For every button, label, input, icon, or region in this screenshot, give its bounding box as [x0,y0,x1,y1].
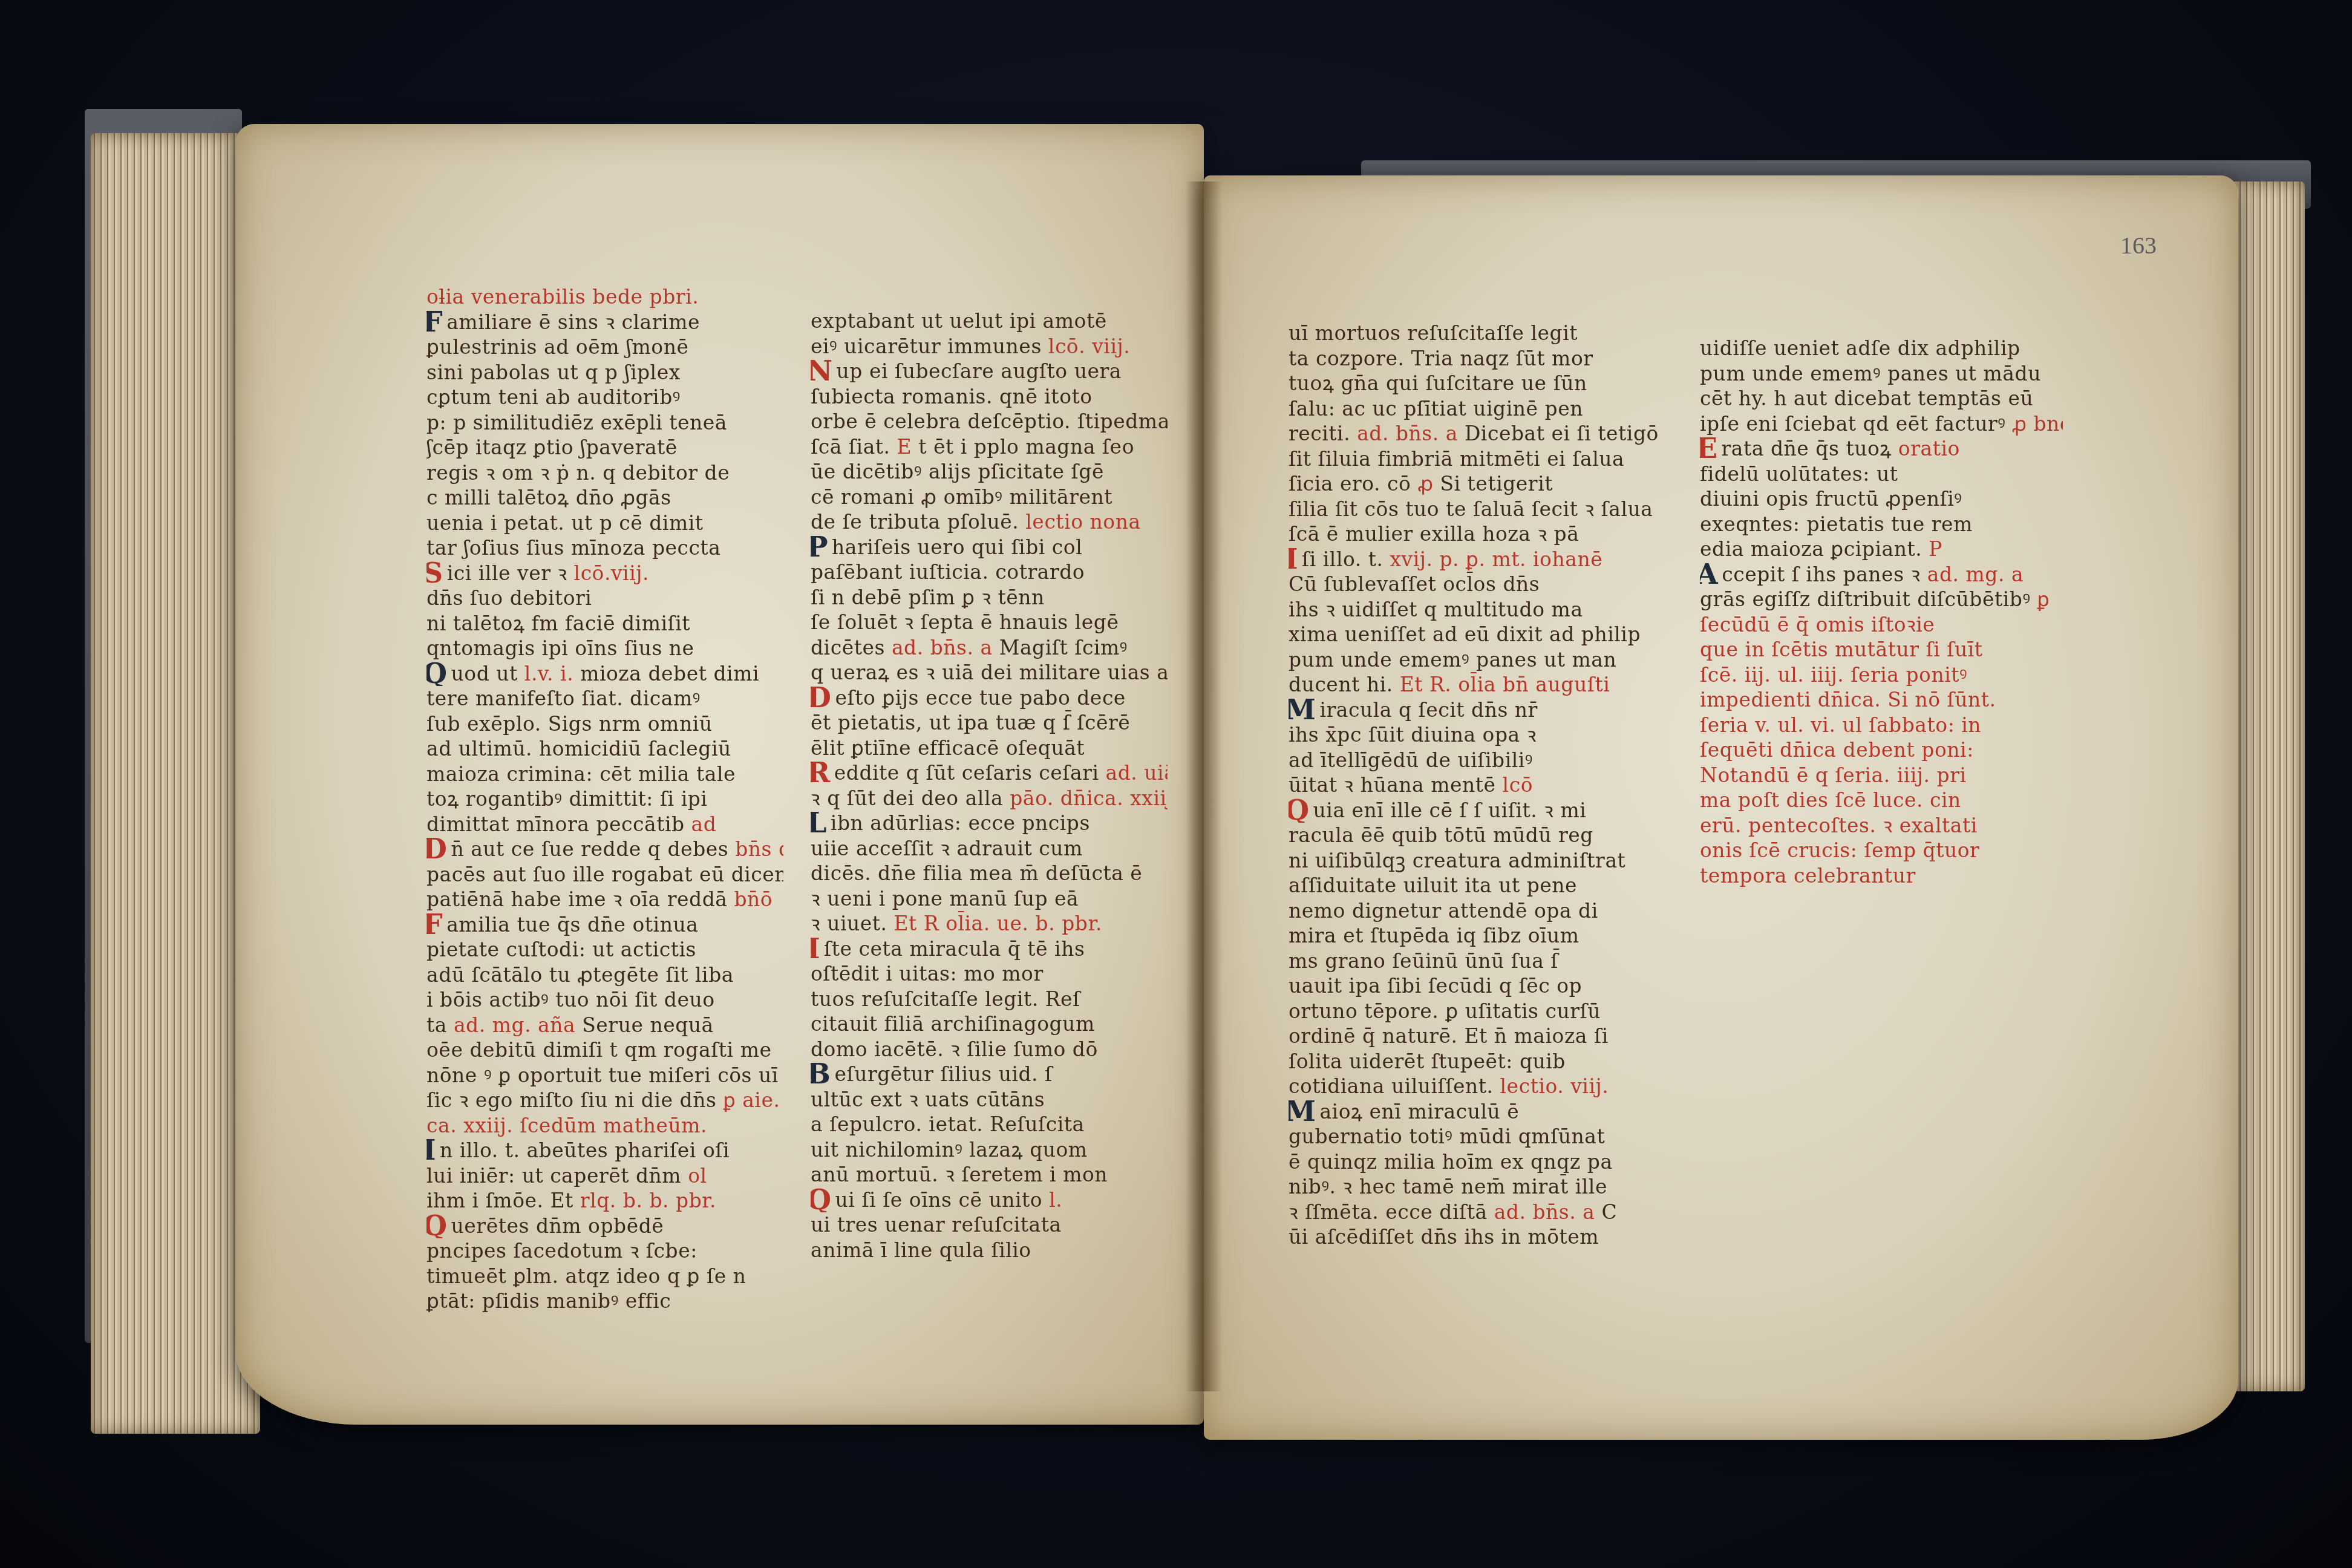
manuscript-line: tuoꝝ gn̄a qui ſuſcitare ue ſūn [1289,371,1664,396]
decorated-initial: M [1289,1099,1316,1124]
rubric-text: P [1929,537,1942,561]
body-text: nemo dignetur attendē opa di [1289,899,1598,923]
body-text: iracula q ſecit dn̄s nr̄ [1319,698,1537,722]
manuscript-line: ſecūdū ē q̄ omis iſtoꝛie [1700,612,2063,638]
body-text: tar ʃoſius ſius mīnoza peccta [426,536,721,560]
body-text: ducent hi. [1289,673,1400,696]
manuscript-line: uiie acceſſit ꝛ adrauit cum [811,836,1168,861]
manuscript-line: nōne ꝰ ꝑ oportuit tue miſeri cōs uī [426,1063,783,1088]
manuscript-line: dn̄s ſuo debitori [426,586,783,611]
manuscript-line: diuini opis fructū ꝓpenſiꝰ [1700,486,2063,512]
body-text: ccepit ſ ihs panes ꝛ [1722,563,1927,586]
manuscript-line: anū mortuū. ꝛ ſeretem i mon [811,1162,1168,1187]
rubric-text: l. [1049,1188,1062,1212]
rubric-text: ad [691,812,717,836]
body-text: ſi n debē pſim ꝑ ꝛ tēnn [811,586,1045,609]
body-text: pum unde ememꝰ panes ut man [1289,648,1616,671]
manuscript-line: tempora celebrantur [1700,863,2063,889]
manuscript-line: ſcā ē mulier exilla hoza ꝛ pā [1289,521,1664,547]
body-text: paſēbant iuſticia. cotrardo [811,560,1085,584]
rubric-text: ꝑ [2037,587,2050,611]
decorated-initial: Q [1289,798,1310,823]
manuscript-line: Phariſeis uero qui ſibi col [811,535,1168,560]
manuscript-line: ꝛ ueni i pone manū ſup eā [811,886,1168,912]
body-text: ta [426,1013,454,1037]
rubric-text: lcō [1503,773,1533,797]
decorated-initial: N [811,359,833,384]
rubric-text: l.v. i. [524,662,580,685]
manuscript-line: edia maioza ꝑcipiant. P [1700,537,2063,562]
manuscript-line: ūitat ꝛ hūana mentē lcō [1289,773,1664,798]
manuscript-line: In illo. t. abeūtes phariſei oſi [426,1138,783,1163]
text-column-left-a: oƚia venerabilis bede pbri.Familiare ē s… [426,284,783,1314]
body-text: ibn adūrlias: ecce pncips [831,811,1090,835]
body-text: eſto ꝑijs ecce tue pabo dece [835,686,1126,710]
body-text: D [1465,422,1481,445]
body-text: de ſe tributa pſoluē. [811,510,1025,534]
body-text: lui iniēr: ut caperēt dn̄m [426,1164,688,1187]
manuscript-line: Nup ei ſubecſare augſto uera [811,359,1168,384]
body-text: p: p similitudiēz exēpli teneā [426,411,727,434]
rubric-text: Et R ol̄ia. ue. b. pbr. [893,912,1102,935]
body-text: Serue nequā [582,1013,714,1037]
body-text: ūi aſcēdiſſet dn̄s ihs in mōtem [1289,1225,1599,1249]
body-text: dn̄s ſuo debitori [426,586,592,610]
rubric-text: Et R. ol̄ia bn̄ auguſti [1400,673,1610,696]
manuscript-line: ad ītellīgēdū de uiſibiliꝰ [1289,748,1664,773]
book-gutter [1186,181,1222,1391]
page-stack-left [91,133,260,1434]
body-text: rata dn̄e q̄s tuoꝝ [1722,437,1898,460]
manuscript-line: p: p similitudiēz exēpli teneā [426,410,783,436]
decorated-initial: A [1700,562,1718,587]
manuscript-line: Familiare ē sins ꝛ clarime [426,310,783,335]
decorated-initial: D [426,837,447,861]
rubric-text: pāo. dn̄ica. xxiij. p. p. [1010,786,1168,810]
rubric-text: lcō.viij. [574,561,649,585]
manuscript-line: c milli talētoꝝ dn̄o ꝓgās [426,485,783,511]
body-text: n̄ aut ce ſue redde q debes [451,837,735,861]
manuscript-line: dimittat mīnora peccātib ad [426,812,783,837]
rubric-text: ſecūdū ē q̄ omis iſtoꝛie [1700,613,1935,636]
body-text: pietate cuſtodi: ut actictis [426,938,696,961]
manuscript-line: Miracula q ſecit dn̄s nr̄ [1289,697,1664,723]
manuscript-line: ms grano ſeūinū ūnū ſua ſ̄ [1289,949,1664,974]
manuscript-line: tuos reſuſcitaſſe legit. Reſ [811,987,1168,1012]
manuscript-line: ſcē. iij. ul. iiij. ſeria ponitꝰ [1700,662,2063,688]
manuscript-line: ultūc ext ꝛ uats cūtāns [811,1087,1168,1112]
body-text: eddite q ſūt ceſaris ceſari [834,761,1106,785]
body-text: timueēt ꝑlm. atqz ideo q ꝑ ſe n [426,1264,746,1288]
manuscript-line: timueēt ꝑlm. atqz ideo q ꝑ ſe n [426,1264,783,1289]
manuscript-line: ſubiecta romanis. qnē itoto [811,384,1168,410]
rubric-text: erū. pentecoſtes. ꝛ exaltati [1700,814,1978,837]
body-text: uerētes dn̄m opbēdē [451,1214,664,1238]
manuscript-line: ꝑulestrinis ad oēm ʃmonē [426,335,783,360]
decorated-initial: E [1700,436,1718,461]
manuscript-line: pum unde ememꝰ panes ut mādu [1700,361,2063,387]
manuscript-line: cotidiana uiluiſſent. lectio. viij. [1289,1074,1664,1099]
body-text: exptabant ut uelut ipi amotē [811,309,1107,333]
rubric-text: ſequēti dn̄ica debent poni: [1700,738,1974,762]
body-text: oēe debitū dimiſi t qm rogaſti me [426,1038,771,1062]
rubric-text: que in ſcētis mutātur ſi ſuīt [1700,638,1982,661]
body-text: anū mortuū. ꝛ ſeretem i mon [811,1163,1108,1186]
body-text: edia maioza ꝑcipiant. [1700,537,1929,561]
body-text: ms grano ſeūinū ūnū ſua ſ̄ [1289,949,1558,973]
manuscript-line: Dn̄ aut ce ſue redde q debes bn̄s d. [426,837,783,862]
manuscript-line: Familia tue q̄s dn̄e otinua [426,912,783,938]
body-text: i tetigerit [1454,472,1553,495]
rubric-text: ꝓ bne [2012,412,2063,436]
body-text: ad ultimū. homicidiū ſaclegiū [426,737,731,760]
manuscript-line: ſalu: ac uc pſītiat uiginē pen [1289,396,1664,422]
manuscript-line: Maioꝝ enī miraculū ē [1289,1099,1664,1125]
rubric-text: rlq. b. b. pbr. [580,1189,716,1212]
folio-number: 163 [2120,231,2157,260]
body-text: reciti. [1289,422,1357,445]
body-text: i bōis actibꝰ tuo nōi ſit deuo [426,988,715,1011]
manuscript-line: ni uiſibūlqꝫ creatura adminiſtrat [1289,848,1664,874]
body-text: ūitat ꝛ hūana mentē [1289,773,1503,797]
manuscript-line: ꝛ ſſmēta. ecce diſtā ad. bn̄s. a C [1289,1200,1664,1225]
manuscript-line: Erata dn̄e q̄s tuoꝝ oratio [1700,436,2063,462]
body-text: t ēt i pplo magna ſeo [918,435,1134,459]
manuscript-line: cēt hy. h aut dicebat temptās eū [1700,386,2063,411]
manuscript-line: animā ī line qula ſilio [811,1238,1168,1263]
body-text: ēt pietatis, ut ipa tuæ q ſ̄ ſcērē [811,711,1130,734]
body-text: ſilia ſit cōs tuo te ſaluā ſecit ꝛ ſalua [1289,497,1653,521]
manuscript-line: ordinē q̄ naturē. Et n̄ maioza ſi [1289,1024,1664,1049]
body-text: ihs ꝛ uidiſſet q multitudo ma [1289,598,1583,621]
manuscript-line: ſolita uiderēt ſtupeēt: quib [1289,1049,1664,1074]
rubric-text: lcō. viij. [1048,335,1130,358]
rubric-text: ad. bn̄s. a [1494,1200,1602,1224]
manuscript-line: grās egiſſz diſtribuit diſcūbētibꝰ ꝑ [1700,587,2063,612]
body-text: uidiſſe ueniet adſe dix adphilip [1700,336,2020,360]
manuscript-line: Quia enī ille cē ſ ſ uiſit. ꝛ mi [1289,798,1664,823]
body-text: patiēnā habe ime ꝛ oīa reddā [426,887,734,911]
manuscript-line: ca. xxiij. ſcedūm matheūm. [426,1113,783,1138]
body-text: pncipes ſacedotum ꝛ ſcbe: [426,1239,697,1263]
body-text: racula ēē quib tōtū mūdū reg [1289,823,1593,847]
body-text: Cū ſublevaſſet ocl̄os dn̄s [1289,572,1540,596]
decorated-initial: B [811,1062,831,1086]
body-text: dicētes [811,636,892,659]
manuscript-line: que in ſcētis mutātur ſi ſuīt [1700,637,2063,662]
manuscript-line: gubernatio totiꝰ mūdi qmſūnat [1289,1124,1664,1149]
decorated-initial: M [1289,697,1316,722]
manuscript-line: ihs ꝛ uidiſſet q multitudo ma [1289,597,1664,622]
body-text: dimittat mīnora peccātib [426,812,691,836]
body-text: dicēs. dn̄e filia mea m̄ deſūcta ē [811,861,1142,885]
decorated-initial: F [426,310,443,335]
body-text: ꝛ q ſūt dei deo alla [811,786,1010,810]
body-text: icebat ei ſi tetigō [1481,422,1659,445]
decorated-initial: P [811,535,828,560]
body-text: uod ut [451,662,524,685]
body-text: amiliare ē sins ꝛ clarime [446,310,700,334]
body-text: ſte ceta miracula q̄ tē ihs [824,937,1085,961]
decorated-initial: Q [811,1187,832,1212]
body-text: ſcā ē mulier exilla hoza ꝛ pā [1289,522,1579,546]
manuscript-line: ʃcēp itaqz ꝑtio ʃpaveratē [426,435,783,460]
body-text: eſurgētur ſilius uid. ſ [834,1062,1052,1086]
body-text: ſi illo. t. [1302,547,1390,571]
body-text: cꝑtum teni ab auditoribꝰ [426,385,681,409]
body-text: tuos reſuſcitaſſe legit. Reſ [811,987,1080,1011]
decorated-initial: Q [426,1214,448,1238]
body-text: nōne ꝰ ꝑ oportuit tue miſeri cōs uī [426,1063,779,1087]
body-text: regis ꝛ om ꝛ ṗ n. q debitor de [426,461,730,485]
rubric-text: lectio nona [1025,510,1140,534]
body-text: tuoꝝ gn̄a qui ſuſcitare ue ſūn [1289,371,1587,395]
manuscript-line: ihm i ſmōe. Et rlq. b. b. pbr. [426,1188,783,1214]
manuscript-line: ēt pietatis, ut ipa tuæ q ſ̄ ſcērē [811,710,1168,736]
manuscript-line: ihs x̄pc ſūit diuina opa ꝛ [1289,722,1664,748]
body-text: ꝛ ſſmēta. ecce diſtā [1289,1200,1494,1224]
manuscript-line: erū. pentecoſtes. ꝛ exaltati [1700,813,2063,838]
manuscript-line: ſub exēplo. Sigs nrm omniū [426,711,783,737]
manuscript-line: Beſurgētur ſilius uid. ſ [811,1062,1168,1087]
body-text: oſtēdit i uitas: mo mor [811,962,1044,985]
manuscript-line: tar ʃoſius ſius mīnoza peccta [426,535,783,561]
manuscript-line: dicēs. dn̄e filia mea m̄ deſūcta ē [811,861,1168,886]
manuscript-line: ta cozpore. Tria naqz ſūt mor [1289,346,1664,371]
body-text: ſic ꝛ ego miſto ſiu ni die dn̄s [426,1088,723,1112]
manuscript-line: oēe debitū dimiſi t qm rogaſti me [426,1037,783,1063]
manuscript-line: dicētes ad. bn̄s. a Magiſt ſcimꝰ [811,635,1168,661]
body-text: maioza crimina: cēt milia tale [426,762,736,786]
manuscript-line: Notandū ē q ſeria. iiij. pri [1700,763,2063,788]
body-text: uī mortuos reſuſcitaſſe legit [1289,321,1578,345]
manuscript-line: ſilia ſit cōs tuo te ſaluā ſecit ꝛ ſalua [1289,497,1664,522]
manuscript-line: ta ad. mg. aña Serue nequā [426,1013,783,1038]
manuscript-line: ſit ſiluia fimbriā mitmēti ei ſalua [1289,446,1664,472]
rubric-text: ꝓ [1417,472,1440,495]
body-text: citauit filiā archiſinagogum [811,1012,1095,1036]
body-text: amilia tue q̄s dn̄e otinua [446,913,698,936]
text-column-left-b: exptabant ut uelut ipi amotē eiꝰ uicarēt… [811,309,1168,1263]
rubric-text: ol [688,1164,707,1187]
manuscript-line: uauit ipa ſibi ſecūdi q ſēc op [1289,973,1664,999]
manuscript-line: racula ēē quib tōtū mūdū reg [1289,823,1664,848]
manuscript-line: regis ꝛ om ꝛ ṗ n. q debitor de [426,460,783,486]
body-text: ſolita uiderēt ſtupeēt: quib [1289,1050,1566,1073]
rubric-text: tempora celebrantur [1700,864,1916,887]
rubric-text: ma poſt dies ſcē luce. cin [1700,788,1961,812]
manuscript-line: lui iniēr: ut caperēt dn̄m ol [426,1163,783,1189]
text-column-right-a: uī mortuos reſuſcitaſſe legit ta cozpore… [1289,321,1664,1250]
manuscript-line: ſequēti dn̄ica debent poni: [1700,737,2063,763]
body-text: ſub exēplo. Sigs nrm omniū [426,712,712,736]
manuscript-line: exptabant ut uelut ipi amotē [811,309,1168,334]
decorated-initial: I [426,1138,436,1163]
manuscript-line: ma poſt dies ſcē luce. cin [1700,788,2063,813]
manuscript-line: i bōis actibꝰ tuo nōi ſit deuo [426,987,783,1013]
body-text: up ei ſubecſare augſto uera [837,359,1122,383]
rubric-text: ad. bn̄s. a [892,636,999,659]
body-text: ni uiſibūlqꝫ creatura adminiſtrat [1289,849,1625,872]
manuscript-line: ui tres uenar reſuſcitata [811,1212,1168,1238]
manuscript-line: uidiſſe ueniet adſe dix adphilip [1700,336,2063,361]
manuscript-line: ēlit ꝑtiīne efficacē oſequāt [811,736,1168,761]
manuscript-line: pietate cuſtodi: ut actictis [426,937,783,962]
manuscript-line: Iſi illo. t. xvij. p. ꝑ. mt. iohanē [1289,547,1664,572]
manuscript-line: uenia i petat. ut p cē dimit [426,511,783,536]
body-text: ſe ſoluēt ꝛ ſepta ē hnauis legē [811,610,1119,634]
manuscript-line: pncipes ſacedotum ꝛ ſcbe: [426,1238,783,1264]
rubric-heading: oƚia venerabilis bede pbri. [426,284,783,310]
body-text: gubernatio totiꝰ mūdi qmſūnat [1289,1125,1605,1148]
rubric-text: ſeria v. ul. vi. ul ſabbato: in [1700,713,1981,737]
rubric-text: oratio [1898,437,1960,460]
body-text: uiie acceſſit ꝛ adrauit cum [811,837,1083,860]
manuscript-line: Libn adūrlias: ecce pncips [811,811,1168,836]
manuscript-line: q ueraꝝ es ꝛ uiā dei militare uias all [811,660,1168,685]
manuscript-line: a ſepulcro. ietat. Reſuſcita [811,1112,1168,1137]
body-text: animā ī line qula ſilio [811,1238,1031,1262]
manuscript-line: Cū ſublevaſſet ocl̄os dn̄s [1289,572,1664,597]
rubric-text: impedienti dn̄ica. Si nō ſūnt. [1700,688,1996,711]
body-text: ultūc ext ꝛ uats cūtāns [811,1088,1045,1111]
body-text: ꝛ uiuet. [811,912,893,935]
manuscript-line: Querētes dn̄m opbēdē [426,1214,783,1239]
body-text: ni talētoꝝ fm faciē dimiſit [426,612,690,635]
body-text: hariſeis uero qui ſibi col [832,535,1082,559]
manuscript-line: ſeria v. ul. vi. ul ſabbato: in [1700,713,2063,738]
body-text: ihs x̄pc ſūit diuina opa ꝛ [1289,723,1537,746]
body-text: nibꝰ. ꝛ hec tamē nem̄ mirat̄ ille [1289,1175,1607,1198]
manuscript-line: ūi aſcēdiſſet dn̄s ihs in mōtem [1289,1224,1664,1250]
body-text: ipſe eni ſciebat qd eēt facturꝰ [1700,412,2012,436]
body-text: domo iacētē. ꝛ ſilie ſumo dō [811,1037,1098,1061]
body-text: c milli talētoꝝ dn̄o ꝓgās [426,486,671,509]
manuscript-line: maioza crimina: cēt milia tale [426,762,783,787]
manuscript-line: ſicia ero. cō ꝓ Si tetigerit [1289,471,1664,497]
manuscript-line: orbe ē celebra deſcēptio. ſtipedma [811,409,1168,434]
decorated-initial: L [811,811,827,835]
body-text: mira et ſtupēda iq ſibz oīum [1289,924,1579,947]
body-text: ēlit ꝑtiīne efficacē oſequāt [811,736,1085,760]
body-text: Magiſt ſcimꝰ [999,636,1128,659]
body-text: ſubiecta romanis. qnē itoto [811,385,1093,408]
body-text: ūe dicētibꝰ alijs pſicitate ſgē [811,460,1104,483]
manuscript-line: xima ueniſſet ad eū dixit ad philip [1289,622,1664,647]
manuscript-line: paſēbant iuſticia. cotrardo [811,560,1168,585]
rubric-text: ad. mg. a [1927,563,2024,586]
body-text: pum unde ememꝰ panes ut mādu [1700,362,2041,385]
rubric-text: bn̄s d. [735,837,783,861]
manuscript-line: de ſe tributa pſoluē. lectio nona [811,509,1168,535]
rubric-text: ca. xxiij. ſcedūm matheūm. [426,1114,707,1137]
rubric-text: ꝑ aie. do [723,1088,783,1112]
manuscript-line: ꝑtāt: pſidis manibꝰ effic [426,1289,783,1314]
body-text: ui ſi ſe oīns cē unito [835,1188,1050,1212]
manuscript-line: Accepit ſ ihs panes ꝛ ad. mg. a [1700,562,2063,587]
manuscript-line: Iſte ceta miracula q̄ tē ihs [811,936,1168,962]
body-text: ꝛ ueni i pone manū ſup eā [811,887,1079,910]
decorated-initial: S [426,561,443,586]
body-text: xima ueniſſet ad eū dixit ad philip [1289,622,1641,646]
body-text: cotidiana uiluiſſent. [1289,1074,1500,1098]
manuscript-line: pacēs aut ſuo ille rogabat eū dicens [426,862,783,887]
decorated-initial: I [811,936,820,961]
manuscript-line: ni talētoꝝ fm faciē dimiſit [426,611,783,636]
body-text: grās egiſſz diſtribuit diſcūbētibꝰ [1700,587,2037,611]
manuscript-line: toꝝ rogantibꝰ dimittit: ſi ipi [426,786,783,812]
body-text: qntomagis ipi oīns ſius ne [426,636,694,660]
manuscript-line: fidelū uolūtates: ut [1700,462,2063,487]
decorated-initial: D [811,685,831,710]
body-text: n illo. t. abeūtes phariſei oſi [440,1138,730,1162]
body-text: ꝑulestrinis ad oēm ʃmonē [426,335,688,359]
body-text: ta cozpore. Tria naqz ſūt mor [1289,347,1593,370]
body-text: mioza debet dimi [580,662,759,685]
manuscript-line: exeqntes: pietatis tue rem [1700,512,2063,537]
body-text: uit nichilominꝰ lazaꝝ quom [811,1138,1088,1161]
body-text: S [1440,472,1454,495]
manuscript-line: Deſto ꝑijs ecce tue pabo dece [811,685,1168,711]
manuscript-line: mira et ſtupēda iq ſibz oīum [1289,923,1664,949]
manuscript-line: citauit filiā archiſinagogum [811,1011,1168,1037]
body-text: cē romani ꝓ omībꝰ militārent [811,485,1112,509]
body-text: uenia i petat. ut p cē dimit [426,511,704,535]
manuscript-line: ſe ſoluēt ꝛ ſepta ē hnauis legē [811,610,1168,635]
rubric-text: bn̄ō [734,887,773,911]
body-text: ſalu: ac uc pſītiat uiginē pen [1289,397,1583,420]
manuscript-line: ad ultimū. homicidiū ſaclegiū [426,736,783,762]
manuscript-line: ſic ꝛ ego miſto ſiu ni die dn̄s ꝑ aie. d… [426,1088,783,1113]
body-text: pacēs aut ſuo ille rogabat eū dicens [426,863,783,886]
manuscript-line: Reddite q ſūt ceſaris ceſari ad. uiā. [811,760,1168,786]
manuscript-line: onis ſcē crucis: ſemp q̄tuor [1700,838,2063,863]
rubric-text: xvij. p. ꝑ. mt. iohanē [1390,547,1602,571]
body-text: uia enī ille cē ſ ſ uiſit. ꝛ mi [1313,799,1587,822]
body-text: fidelū uolūtates: ut [1700,462,1898,486]
manuscript-line: aſſiduitate uiluit ita ut pene [1289,873,1664,898]
decorated-initial: F [426,912,443,937]
manuscript-line: Quod ut l.v. i. mioza debet dimi [426,661,783,687]
body-text: uauit ipa ſibi ſecūdi q ſēc op [1289,974,1582,998]
rubric-text: onis ſcē crucis: ſemp q̄tuor [1700,838,1979,862]
manuscript-line: ſcā ſiat. E t ēt i pplo magna ſeo [811,434,1168,460]
manuscript-line: uit nichilominꝰ lazaꝝ quom [811,1137,1168,1163]
body-text: ſcā ſiat. [811,435,897,459]
manuscript-line: oſtēdit i uitas: mo mor [811,961,1168,987]
rubric-text: lectio. viij. [1500,1074,1609,1098]
manuscript-line: nibꝰ. ꝛ hec tamē nem̄ mirat̄ ille [1289,1174,1664,1200]
manuscript-line: adū ſcātālo tu ꝓtegēte ſit liba [426,962,783,988]
manuscript-line: ſi n debē pſim ꝑ ꝛ tēnn [811,585,1168,610]
manuscript-line: sini pabolas ut q p ʃiplex [426,360,783,385]
body-text: ici ille ver ꝛ [447,561,574,585]
body-text: ordinē q̄ naturē. Et n̄ maioza ſi [1289,1024,1609,1048]
manuscript-line: Sici ille ver ꝛ lcō.viij. [426,561,783,586]
manuscript-line: reciti. ad. bn̄s. a Dicebat ei ſi tetigō [1289,421,1664,446]
decorated-initial: Q [426,661,448,686]
manuscript-line: cē romani ꝓ omībꝰ militārent [811,485,1168,510]
rubric-text: ad. mg. aña [454,1013,582,1037]
body-text: C [1601,1200,1617,1224]
text-column-right-b: uidiſſe ueniet adſe dix adphilip pum und… [1700,336,2063,888]
body-text: ē quinqz milia hoīm ex qnqz pa [1289,1150,1613,1174]
body-text: ui tres uenar reſuſcitata [811,1213,1062,1236]
body-text: aſſiduitate uiluit ita ut pene [1289,874,1577,897]
body-text: q ueraꝝ es ꝛ uiā dei militare uias all [811,661,1168,684]
manuscript-line: ē quinqz milia hoīm ex qnqz pa [1289,1149,1664,1175]
manuscript-line: nemo dignetur attendē opa di [1289,898,1664,924]
